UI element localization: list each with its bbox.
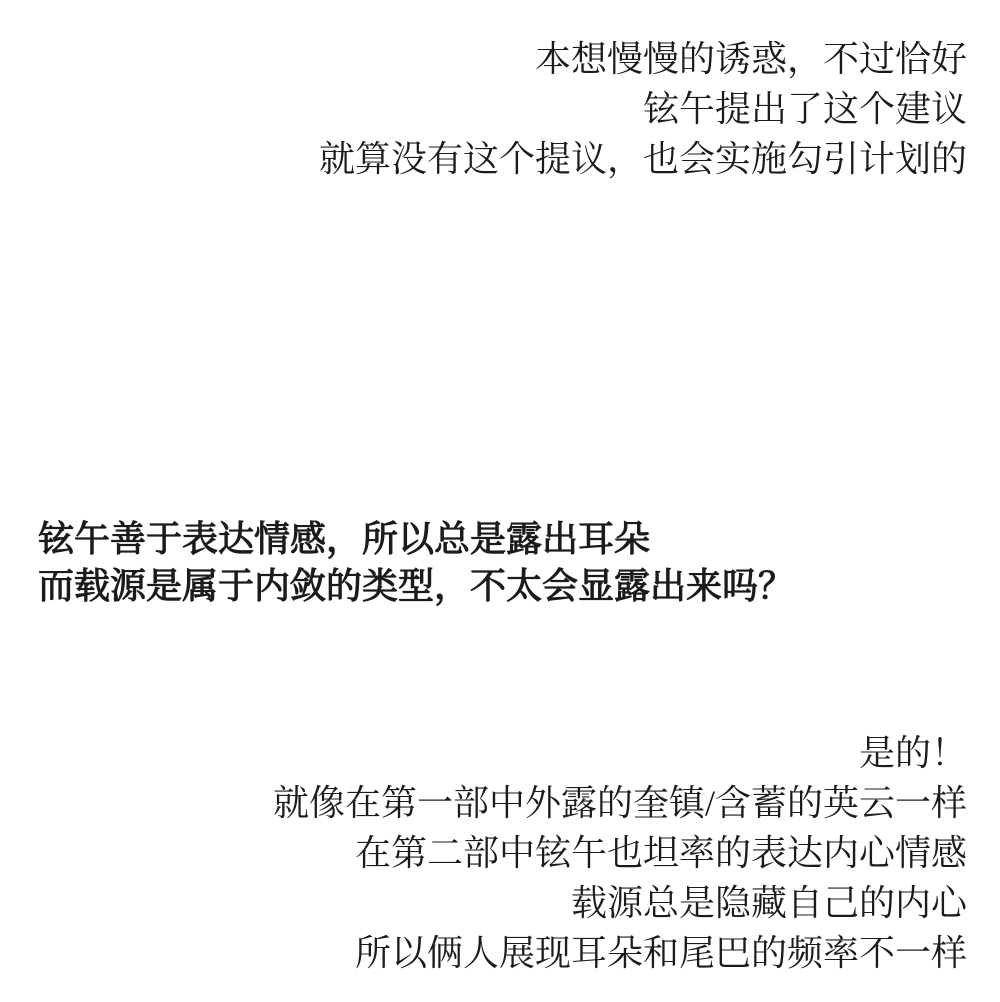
answer-block-top: 本想慢慢的诱惑，不过恰好 铉午提出了这个建议 就算没有这个提议，也会实施勾引计划… [319,34,967,184]
text-line: 载源总是隐藏自己的内心 [273,878,967,928]
text-line: 就像在第一部中外露的奎镇/含蓄的英云一样 [273,778,967,828]
question-block: 铉午善于表达情感，所以总是露出耳朵 而载源是属于内敛的类型，不太会显露出来吗？ [38,516,794,610]
text-line: 而载源是属于内敛的类型，不太会显露出来吗？ [38,563,794,610]
answer-block-bottom: 是的！ 就像在第一部中外露的奎镇/含蓄的英云一样 在第二部中铉午也坦率的表达内心… [273,728,967,978]
text-line: 铉午善于表达情感，所以总是露出耳朵 [38,516,794,563]
text-line: 本想慢慢的诱惑，不过恰好 [319,34,967,84]
text-line: 就算没有这个提议，也会实施勾引计划的 [319,134,967,184]
text-line: 是的！ [273,728,967,778]
translated-text-page: 本想慢慢的诱惑，不过恰好 铉午提出了这个建议 就算没有这个提议，也会实施勾引计划… [0,0,1000,1002]
text-line: 所以俩人展现耳朵和尾巴的频率不一样 [273,928,967,978]
text-line: 铉午提出了这个建议 [319,84,967,134]
text-line: 在第二部中铉午也坦率的表达内心情感 [273,828,967,878]
